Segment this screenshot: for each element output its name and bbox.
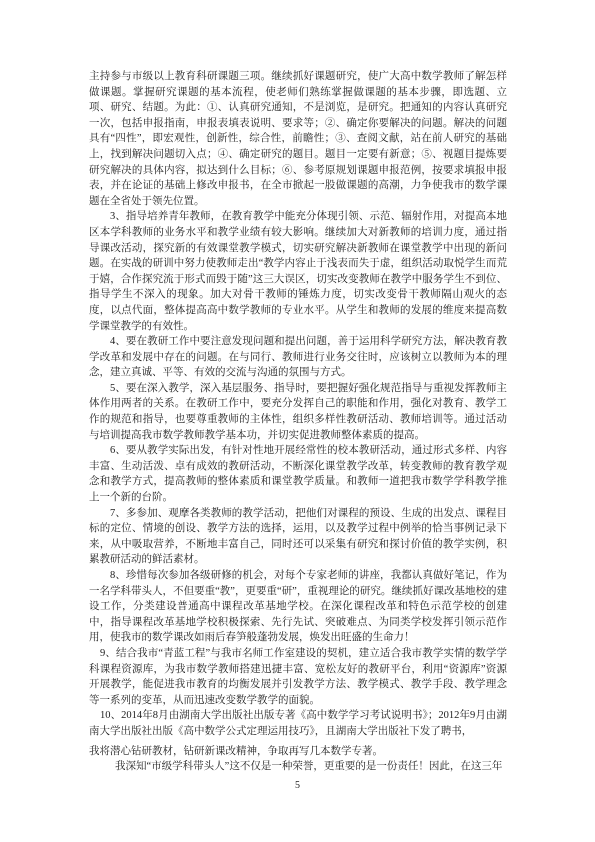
paragraph-item-6: 6、要从教学实际出发，有针对性地开展经常性的校本教研活动，通过形式多样、内容丰富… bbox=[89, 443, 507, 505]
paragraph-item-7: 7、多参加、观摩各类教师的教学活动，把他们对课程的预设、生成的出发点、课程目标的… bbox=[89, 506, 507, 568]
paragraph-item-9: 9、结合我市“青蓝工程”与我市名师工作室建设的契机，建立适合我市教学实情的数学学… bbox=[89, 646, 507, 708]
paragraph-continuation: 主持参与市级以上教育科研课题三项。继续抓好课题研究，使广大高中数学教师了解怎样做… bbox=[89, 69, 507, 209]
document-page: 主持参与市级以上教育科研课题三项。继续抓好课题研究，使广大高中数学教师了解怎样做… bbox=[0, 0, 595, 842]
paragraph-item-8: 8、珍惜每次参加各级研修的机会，对每个专家老师的讲座，我都认真做好笔记，作为一名… bbox=[89, 568, 507, 646]
paragraph-closing: 我深知“市级学科带头人”这不仅是一种荣誉，更重要的是一份责任！因此，在这三年 bbox=[89, 759, 507, 775]
paragraph-item-4: 4、要在教研工作中要注意发现问题和提出问题，善于运用科学研究方法，解决教育教学改… bbox=[89, 334, 507, 381]
paragraph-plain: 我将潜心钻研教材，钻研新课改精神，争取再写几本数学专著。 bbox=[89, 744, 507, 760]
document-body: 主持参与市级以上教育科研课题三项。继续抓好课题研究，使广大高中数学教师了解怎样做… bbox=[89, 69, 507, 775]
paragraph-item-10: 10、2014年8月由湖南大学出版社出版专著《高中数学学习考试说明书》；2012… bbox=[89, 708, 507, 739]
paragraph-item-5: 5、要在深入教学，深入基层服务、指导时，要把握好强化规范指导与重视发挥教师主体作… bbox=[89, 381, 507, 443]
paragraph-item-3: 3、指导培养青年教师，在教育教学中能充分体现引领、示范、辐射作用，对提高本地区本… bbox=[89, 209, 507, 334]
page-number: 5 bbox=[0, 780, 595, 791]
